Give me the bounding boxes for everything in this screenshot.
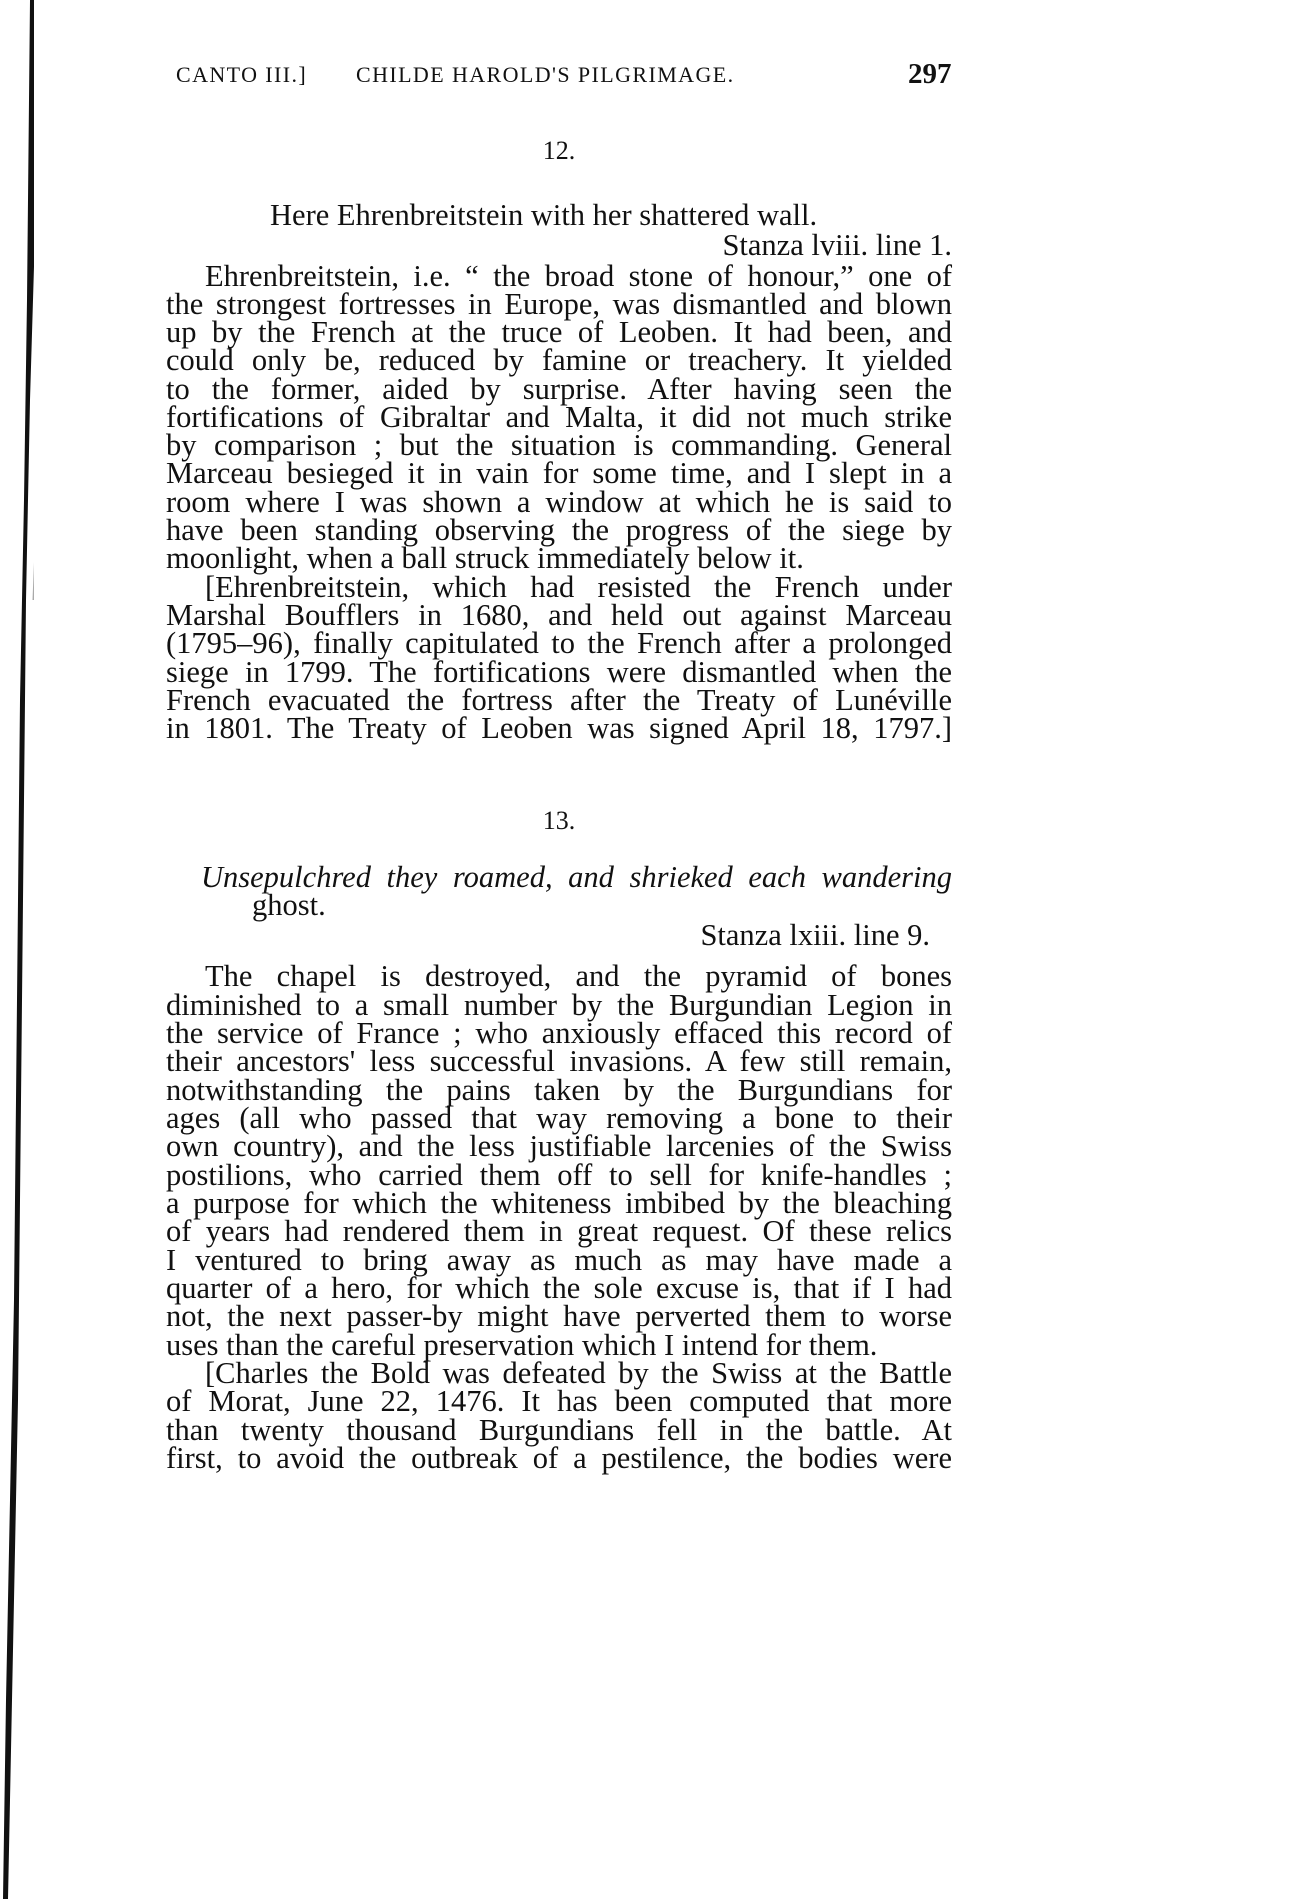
stanza-reference: Stanza lxiii. line 9. <box>600 920 930 950</box>
text-line: (1795–96), finally capitulated to the Fr… <box>166 628 952 658</box>
text-line: moonlight, when a ball struck immediatel… <box>166 543 952 573</box>
text-line: could only be, reduced by famine or trea… <box>166 345 952 375</box>
text-line: their ancestors' less successful invasio… <box>166 1046 952 1076</box>
running-header-title: CHILDE HAROLD'S PILGRIMAGE. <box>356 62 734 88</box>
text-line: The chapel is destroyed, and the pyramid… <box>205 961 952 991</box>
text-line: not, the next passer-by might have perve… <box>166 1301 952 1331</box>
text-line: first, to avoid the outbreak of a pestil… <box>166 1443 952 1473</box>
text-line: own country), and the less justifiable l… <box>166 1131 952 1161</box>
text-line: of years had rendered them in great requ… <box>166 1216 952 1246</box>
note-number: 12. <box>166 136 952 166</box>
note-quote-continuation: ghost. <box>252 890 326 920</box>
text-line: Marceau besieged it in vain for some tim… <box>166 458 952 488</box>
text-line: in 1801. The Treaty of Leoben was signed… <box>166 713 952 743</box>
stanza-reference: Stanza lviii. line 1. <box>600 230 952 260</box>
book-page: CANTO III.] CHILDE HAROLD'S PILGRIMAGE. … <box>0 0 1289 1899</box>
running-header-canto: CANTO III.] <box>176 62 307 88</box>
note-quote: Here Ehrenbreitstein with her shattered … <box>270 200 817 230</box>
page-number: 297 <box>908 58 952 91</box>
page-binding-edge <box>0 0 34 1899</box>
text-line: of Morat, June 22, 1476. It has been com… <box>166 1386 952 1416</box>
note-number: 13. <box>166 806 952 836</box>
